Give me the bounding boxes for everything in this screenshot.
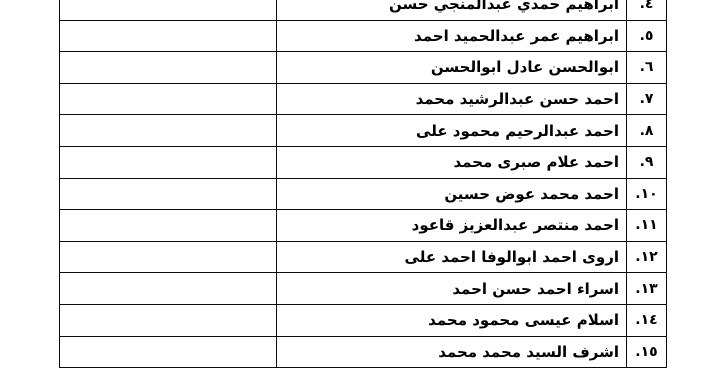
row-number: ٥.: [627, 20, 667, 52]
row-name: اسلام عيسى محمود محمد: [277, 304, 627, 336]
empty-cell: [60, 115, 277, 147]
row-number: ١٠.: [627, 178, 667, 210]
table-row: ١١. احمد منتصر عبدالعزيز قاعود: [60, 210, 667, 242]
row-number: ١٥.: [627, 336, 667, 368]
row-name: ابراهيم حمدي عبدالمنجي حسن: [277, 0, 627, 20]
row-number: ١٤.: [627, 304, 667, 336]
table-row: ١٣. اسراء احمد حسن احمد: [60, 273, 667, 305]
table-row: ١٠. احمد محمد عوض حسين: [60, 178, 667, 210]
empty-cell: [60, 146, 277, 178]
row-name: احمد علام صبرى محمد: [277, 146, 627, 178]
row-number: ١١.: [627, 210, 667, 242]
row-number: ٦.: [627, 52, 667, 84]
empty-cell: [60, 273, 277, 305]
row-name: اسراء احمد حسن احمد: [277, 273, 627, 305]
table-row: ٤. ابراهيم حمدي عبدالمنجي حسن: [60, 0, 667, 20]
empty-cell: [60, 178, 277, 210]
row-number: ١٣.: [627, 273, 667, 305]
table-row: ٧. احمد حسن عبدالرشيد محمد: [60, 83, 667, 115]
row-name: ابراهيم عمر عبدالحميد احمد: [277, 20, 627, 52]
row-name: اروى احمد ابوالوفا احمد على: [277, 241, 627, 273]
table-row: ٩. احمد علام صبرى محمد: [60, 146, 667, 178]
empty-cell: [60, 83, 277, 115]
empty-cell: [60, 20, 277, 52]
empty-cell: [60, 336, 277, 368]
table-row: ٦. ابوالحسن عادل ابوالحسن: [60, 52, 667, 84]
row-name: اشرف السيد محمد محمد: [277, 336, 627, 368]
empty-cell: [60, 52, 277, 84]
row-name: احمد منتصر عبدالعزيز قاعود: [277, 210, 627, 242]
empty-cell: [60, 241, 277, 273]
row-name: احمد حسن عبدالرشيد محمد: [277, 83, 627, 115]
table-row: ٥. ابراهيم عمر عبدالحميد احمد: [60, 20, 667, 52]
row-name: ابوالحسن عادل ابوالحسن: [277, 52, 627, 84]
names-table: ٤. ابراهيم حمدي عبدالمنجي حسن ٥. ابراهيم…: [59, 0, 667, 368]
row-number: ٩.: [627, 146, 667, 178]
table-row: ٨. احمد عبدالرحيم محمود على: [60, 115, 667, 147]
document-page: ٤. ابراهيم حمدي عبدالمنجي حسن ٥. ابراهيم…: [0, 0, 720, 380]
row-number: ٤.: [627, 0, 667, 20]
empty-cell: [60, 210, 277, 242]
row-number: ٨.: [627, 115, 667, 147]
row-name: احمد محمد عوض حسين: [277, 178, 627, 210]
row-name: احمد عبدالرحيم محمود على: [277, 115, 627, 147]
empty-cell: [60, 304, 277, 336]
empty-cell: [60, 0, 277, 20]
table-row: ١٥. اشرف السيد محمد محمد: [60, 336, 667, 368]
table-row: ١٤. اسلام عيسى محمود محمد: [60, 304, 667, 336]
row-number: ١٢.: [627, 241, 667, 273]
table-row: ١٢. اروى احمد ابوالوفا احمد على: [60, 241, 667, 273]
row-number: ٧.: [627, 83, 667, 115]
